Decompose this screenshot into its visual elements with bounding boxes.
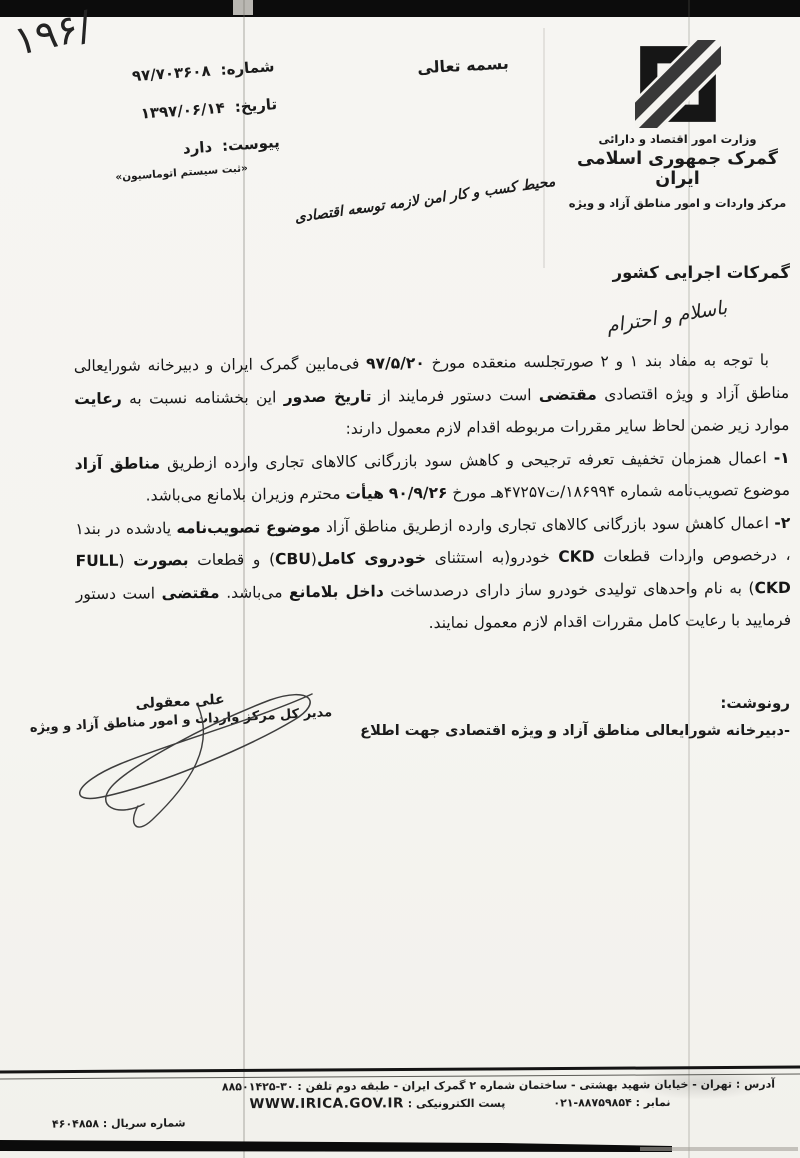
scanned-letter-page: ۱۹۶/ شماره: ۹۷/۷۰۳۶۰۸ تاریخ: ۱۳۹۷/۰۶/۱۴ … bbox=[0, 0, 800, 1158]
scan-top-edge bbox=[0, 0, 800, 17]
address-text: آدرس : تهران - خیابان شهید بهشتی - ساختم… bbox=[294, 1078, 775, 1094]
footer-contact-line: نمابر : ۰۲۱-۸۸۷۵۹۸۵۴ پست الکترونیکی : WW… bbox=[215, 1094, 705, 1113]
letter-meta-fields: شماره: ۹۷/۷۰۳۶۰۸ تاریخ: ۱۳۹۷/۰۶/۱۴ پیوست… bbox=[74, 57, 282, 186]
phone-value: ۸۸۵۰۱۴۲۵-۳۰ bbox=[222, 1080, 294, 1093]
fold-line-center bbox=[543, 28, 545, 268]
number-value: ۹۷/۷۰۳۶۰۸ bbox=[131, 62, 211, 85]
item-2-paragraph: ۲- اعمال کاهش سود بازرگانی کالاهای تجاری… bbox=[75, 506, 791, 642]
scan-bottom-edge bbox=[0, 1130, 800, 1158]
serial-label: شماره سریال : bbox=[103, 1116, 186, 1130]
date-label: تاریخ: bbox=[234, 95, 277, 116]
serial-number: شماره سریال : ۴۶۰۴۸۵۸ bbox=[52, 1116, 186, 1130]
cc-block: رونوشت: -دبیرخانه شورایعالی مناطق آزاد و… bbox=[395, 694, 790, 739]
letterhead-slogan: محیط کسب و کار امن لازمه توسعه اقتصادی bbox=[290, 173, 560, 226]
signature-ink bbox=[40, 684, 325, 844]
intro-paragraph: با توجه به مفاد بند ۱ و ۲ صورتجلسه منعقد… bbox=[74, 344, 790, 448]
item-1-paragraph: ۱- اعمال همزمان تخفیف تعرفه ترجیحی و کاه… bbox=[75, 441, 791, 512]
attachment-row: پیوست: دارد bbox=[80, 133, 281, 165]
addressee-heading: گمرکات اجرایی کشور bbox=[555, 263, 790, 282]
number-label: شماره: bbox=[220, 57, 275, 79]
attachment-value: دارد bbox=[182, 138, 212, 158]
email-field: پست الکترونیکی : WWW.IRICA.GOV.IR bbox=[249, 1095, 505, 1112]
letterhead-org-block: وزارت امور اقتصاد و دارائی گمرک جمهوری ا… bbox=[555, 40, 800, 210]
cc-item: -دبیرخانه شورایعالی مناطق آزاد و ویژه اق… bbox=[395, 723, 790, 739]
website-url: WWW.IRICA.GOV.IR bbox=[249, 1095, 403, 1112]
date-value: ۱۳۹۷/۰۶/۱۴ bbox=[140, 99, 225, 123]
letter-body: با توجه به مفاد بند ۱ و ۲ صورتجلسه منعقد… bbox=[74, 344, 792, 643]
email-label: پست الکترونیکی : bbox=[408, 1097, 506, 1111]
number-row: شماره: ۹۷/۷۰۳۶۰۸ bbox=[74, 57, 275, 89]
serial-value: ۴۶۰۴۸۵۸ bbox=[52, 1117, 99, 1130]
customs-emblem-icon bbox=[635, 40, 721, 128]
besmeleh-heading: بسمه تعالی bbox=[398, 53, 529, 79]
fax-field: نمابر : ۰۲۱-۸۸۷۵۹۸۵۴ bbox=[553, 1096, 670, 1110]
handwritten-greeting: باسلام و احترام bbox=[605, 297, 729, 338]
org-name: گمرک جمهوری اسلامی ایران bbox=[555, 149, 800, 189]
cc-label: رونوشت: bbox=[395, 694, 790, 712]
fax-label: نمابر : bbox=[636, 1096, 671, 1109]
org-ministry: وزارت امور اقتصاد و دارائی bbox=[555, 132, 800, 146]
fax-value: ۰۲۱-۸۸۷۵۹۸۵۴ bbox=[553, 1096, 631, 1109]
attachment-label: پیوست: bbox=[221, 133, 280, 155]
automation-note: «ثبت سیستم اتوماسیون» bbox=[81, 160, 281, 186]
org-department: مرکز واردات و امور مناطق آزاد و ویژه bbox=[555, 196, 800, 210]
date-row: تاریخ: ۱۳۹۷/۰۶/۱۴ bbox=[77, 95, 278, 127]
